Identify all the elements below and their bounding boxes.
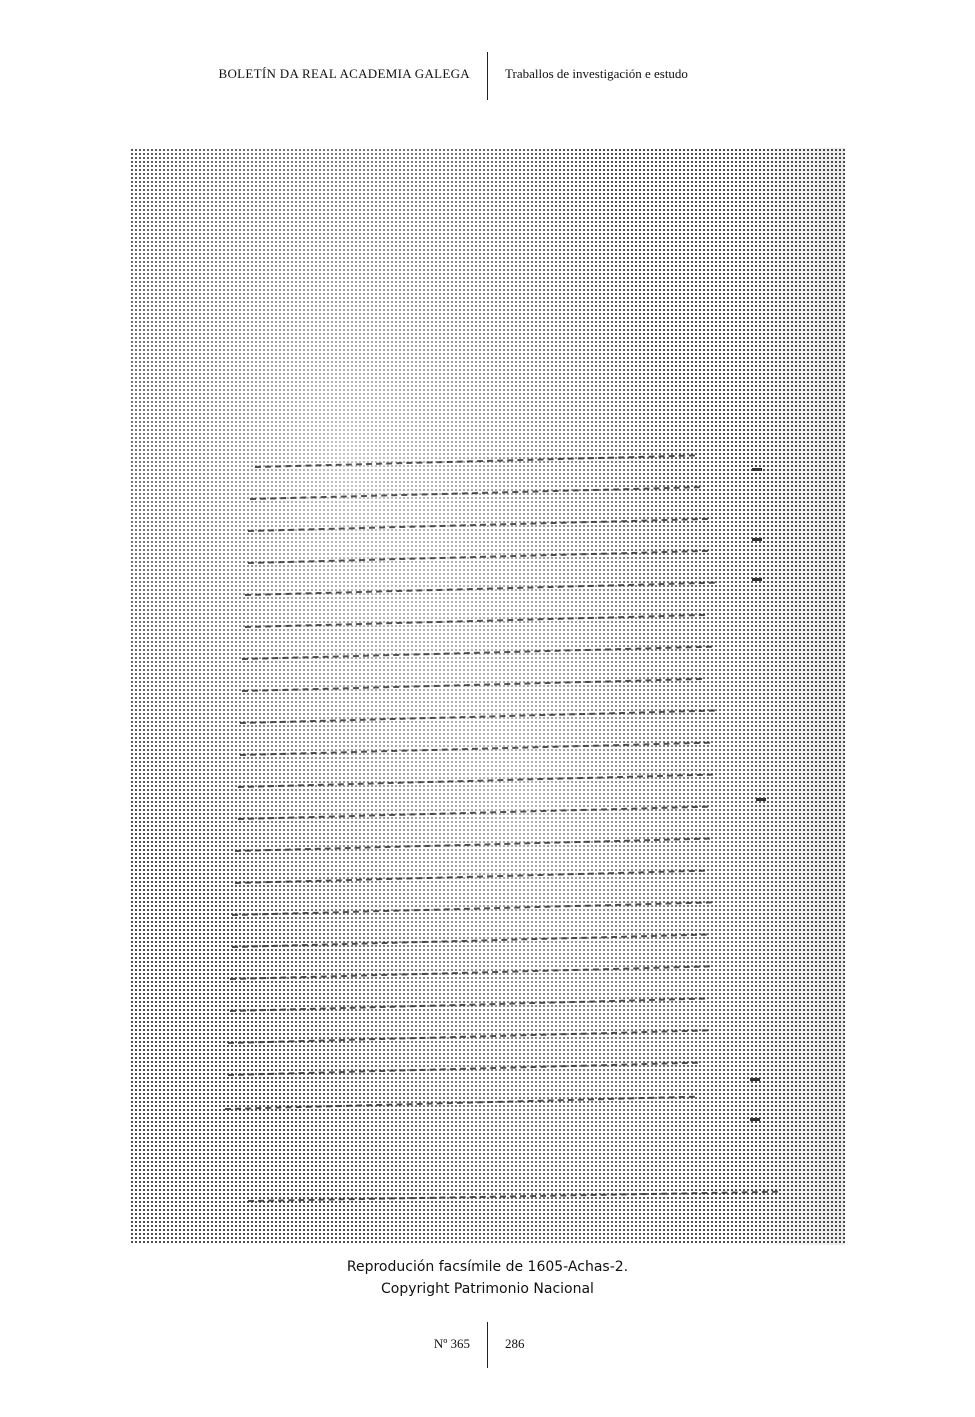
issue-number: Nº 365 bbox=[434, 1336, 470, 1352]
section-title: Traballos de investigación e estudo bbox=[505, 66, 688, 82]
margin-mark bbox=[756, 798, 766, 801]
running-footer: Nº 365 286 bbox=[0, 1322, 975, 1368]
footer-divider bbox=[487, 1322, 488, 1368]
margin-mark bbox=[750, 1118, 760, 1121]
caption-line-2: Copyright Patrimonio Nacional bbox=[0, 1278, 975, 1300]
journal-title: BOLETÍN DA REAL ACADEMIA GALEGA bbox=[219, 66, 470, 82]
manuscript-facsimile-image bbox=[130, 148, 845, 1245]
page-number: 286 bbox=[505, 1336, 525, 1352]
caption-line-1: Reprodución facsímile de 1605-Achas-2. bbox=[0, 1256, 975, 1278]
header-divider bbox=[487, 52, 488, 100]
margin-mark bbox=[752, 578, 762, 581]
margin-mark bbox=[750, 1078, 760, 1081]
paper-fade bbox=[130, 148, 845, 1245]
figure-caption: Reprodución facsímile de 1605-Achas-2. C… bbox=[0, 1256, 975, 1300]
margin-mark bbox=[752, 468, 762, 471]
running-header: BOLETÍN DA REAL ACADEMIA GALEGA Traballo… bbox=[0, 52, 975, 100]
margin-mark bbox=[752, 538, 762, 541]
